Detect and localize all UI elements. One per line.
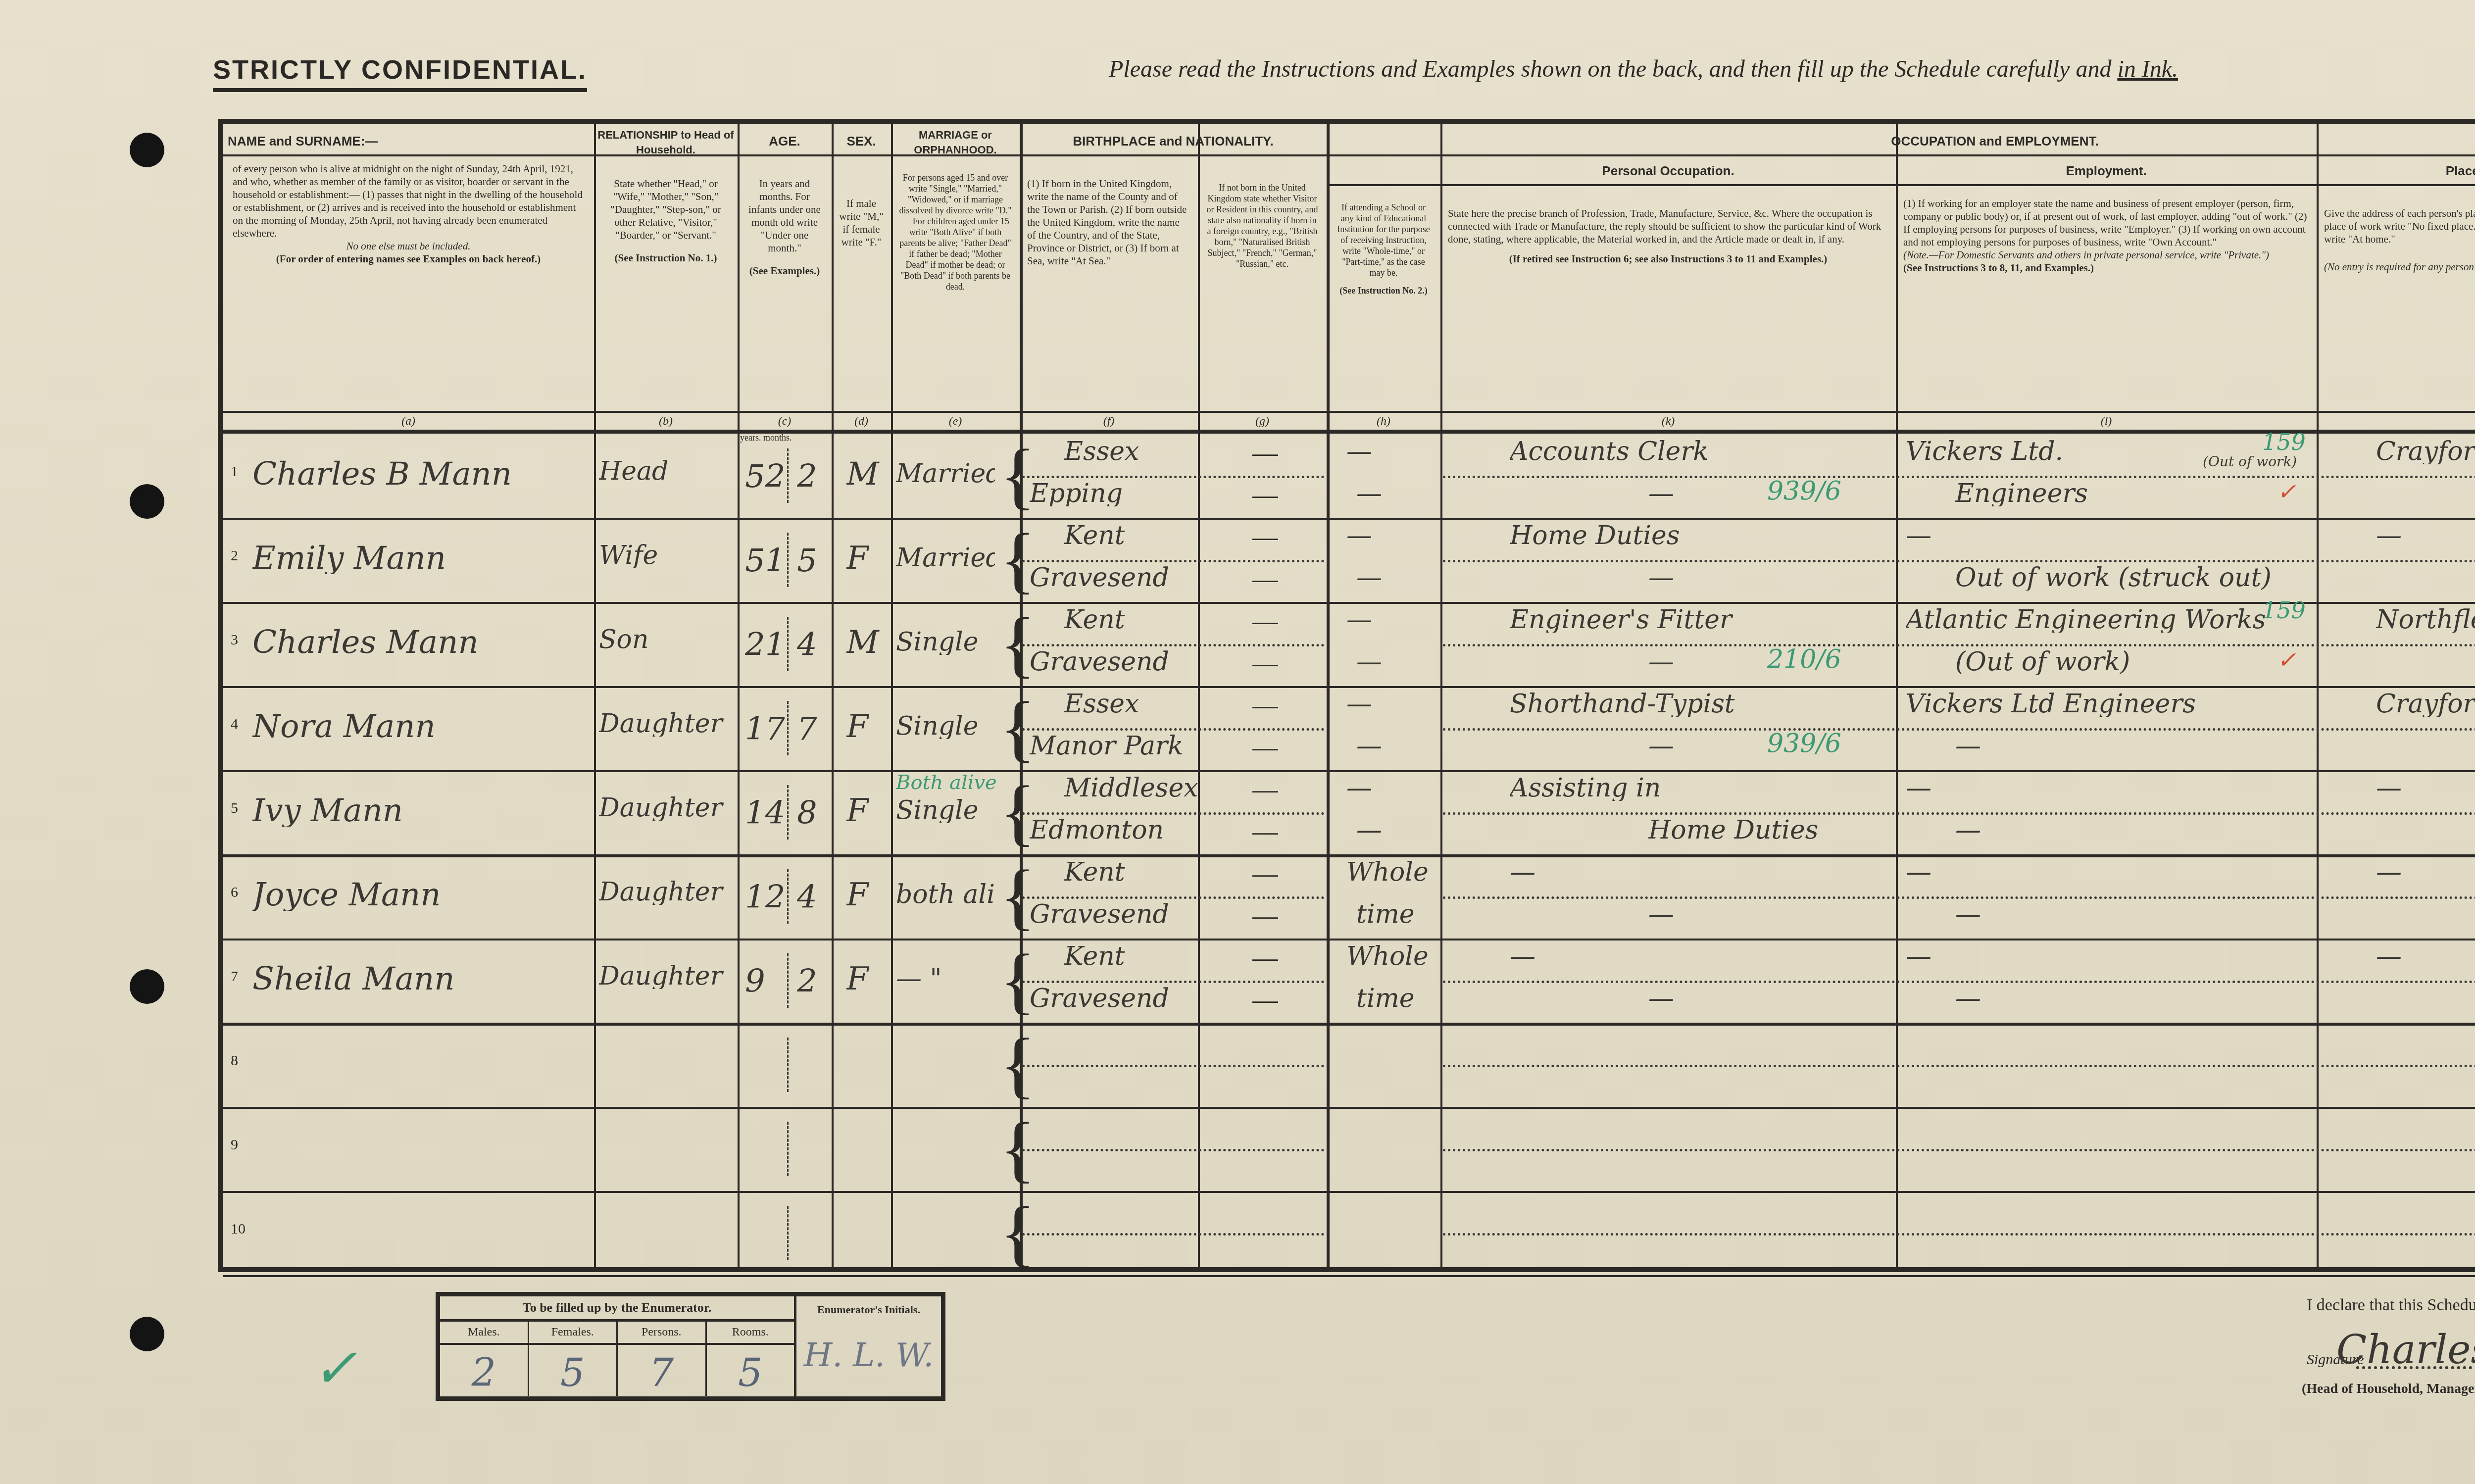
relationship: Daughter xyxy=(599,795,735,821)
sex: F xyxy=(846,879,886,911)
age-years: 51 xyxy=(745,545,785,577)
birth-county: Kent xyxy=(1064,859,1125,885)
col-e-instructions: For persons aged 15 and over write "Sing… xyxy=(893,168,1017,296)
school-attendance: Whole xyxy=(1346,859,1429,885)
col-f-instructions: (1) If born in the United Kingdom, write… xyxy=(1022,173,1195,271)
row-number: 8 xyxy=(231,1052,238,1069)
nationality: — xyxy=(1252,439,1278,468)
relationship: Son xyxy=(599,627,735,652)
females-count: 5 xyxy=(529,1345,617,1395)
nationality: — xyxy=(1252,775,1278,804)
person-name: Ivy Mann xyxy=(252,795,589,827)
confidential-heading: STRICTLY CONFIDENTIAL. xyxy=(213,54,587,92)
col-b-title: RELATIONSHIP to Head of Household. xyxy=(596,128,735,157)
age-years: 9 xyxy=(745,966,785,997)
enumerator-initials: H. L. W. xyxy=(796,1316,941,1374)
age-months: 4 xyxy=(797,629,827,661)
marital-status: both alive xyxy=(896,882,995,907)
nationality: — xyxy=(1252,943,1278,973)
col-e-title: MARRIAGE or ORPHANHOOD. xyxy=(893,128,1017,157)
col-l-instructions: (1) If working for an employer state the… xyxy=(1898,193,2314,278)
signature: Charles B. Mann xyxy=(2336,1327,2475,1373)
occupation-code: 210/6 xyxy=(1767,646,1841,672)
age-months: 8 xyxy=(797,797,827,829)
age-months: 7 xyxy=(797,713,827,745)
col-d-instructions: If male write "M," if female write "F." xyxy=(834,193,889,252)
age-years: 12 xyxy=(745,882,785,913)
personal-occupation: Assisting in xyxy=(1510,775,1891,801)
row-number: 5 xyxy=(231,800,238,817)
personal-occupation: Accounts Clerk xyxy=(1510,439,1891,464)
marital-status: Single xyxy=(896,797,995,823)
age-months: 2 xyxy=(797,966,827,997)
employment-code: 159 xyxy=(2262,429,2306,455)
marital-status: — " xyxy=(896,966,995,991)
personal-occupation: Home Duties xyxy=(1510,523,1891,548)
marital-status: Single xyxy=(896,713,995,739)
school-attendance: Whole xyxy=(1346,943,1429,969)
place-of-work: — xyxy=(2376,943,2402,969)
col-m-title: Place of Work. xyxy=(2319,163,2475,178)
row-number: 10 xyxy=(231,1221,246,1237)
occupation-code: 939/6 xyxy=(1767,731,1841,756)
employer: — xyxy=(1906,859,2282,885)
row-number: 3 xyxy=(231,632,238,648)
col-a-instructions: of every person who is alive at midnight… xyxy=(228,158,589,351)
birth-county: Middlesex xyxy=(1064,775,1198,801)
sex: F xyxy=(846,711,886,742)
relationship: Head xyxy=(599,458,735,484)
nationality: — xyxy=(1252,523,1278,552)
employment-note: (Out of work) xyxy=(2203,453,2297,470)
employer: — xyxy=(1906,775,2282,801)
employer: — xyxy=(1906,943,2282,969)
age-years: 21 xyxy=(745,629,785,661)
person-name: Emily Mann xyxy=(252,543,589,574)
birth-county: Kent xyxy=(1064,523,1125,548)
row-number: 2 xyxy=(231,547,238,564)
personal-occupation: — xyxy=(1510,859,1891,885)
birth-town: Edmonton xyxy=(1030,817,1164,843)
col-d-title: SEX. xyxy=(834,134,889,148)
place-of-work: Crayford xyxy=(2376,691,2475,717)
age-years: 14 xyxy=(745,797,785,829)
signature-note: (Head of Household, Manager of Establish… xyxy=(2302,1381,2475,1397)
declaration-text: I declare that this Schedule is correctl… xyxy=(2307,1296,2475,1315)
person-name: Charles B Mann xyxy=(252,458,589,490)
person-name: Charles Mann xyxy=(252,627,589,658)
birth-town: Gravesend xyxy=(1030,986,1169,1011)
col-a-title: NAME and SURNAME:— xyxy=(228,134,584,148)
birth-town: Epping xyxy=(1030,481,1123,506)
sex: F xyxy=(846,543,886,574)
fill-instructions: Please read the Instructions and Example… xyxy=(1109,55,2178,83)
col-b-instructions: State whether "Head," or "Wife," "Mother… xyxy=(596,173,735,268)
marital-status: Married xyxy=(896,545,995,571)
birth-town: Gravesend xyxy=(1030,565,1169,591)
marital-status: Single xyxy=(896,629,995,655)
males-count: 2 xyxy=(440,1345,528,1395)
enumerator-totals-box: To be filled up by the Enumerator. Males… xyxy=(436,1292,945,1401)
row-number: 7 xyxy=(231,968,238,985)
census-schedule-page: STRICTLY CONFIDENTIAL. Please read the I… xyxy=(0,0,2475,1484)
marital-status: Married xyxy=(896,461,995,487)
birth-town: Gravesend xyxy=(1030,649,1169,675)
birth-county: Kent xyxy=(1064,943,1125,969)
col-h-instructions: If attending a School or any kind of Edu… xyxy=(1329,198,1438,300)
relationship: Daughter xyxy=(599,711,735,737)
relationship: Daughter xyxy=(599,879,735,905)
employer: — xyxy=(1906,523,2282,548)
red-check-icon: ✓ xyxy=(2277,646,2296,673)
employer: Atlantic Engineering Works xyxy=(1906,607,2282,633)
col-c-title: AGE. xyxy=(740,134,829,148)
person-name: Sheila Mann xyxy=(252,963,589,995)
punch-hole xyxy=(130,133,164,167)
birth-town: Manor Park xyxy=(1030,733,1183,759)
col-c-instructions: In years and months. For infants under o… xyxy=(740,173,829,281)
school-attendance: — xyxy=(1346,775,1372,801)
occupation-code: 939/6 xyxy=(1767,478,1841,504)
school-attendance: — xyxy=(1346,439,1372,464)
row-number: 6 xyxy=(231,884,238,901)
nationality: — xyxy=(1252,691,1278,720)
rooms-count: 5 xyxy=(707,1345,794,1395)
sex: M xyxy=(846,627,886,658)
punch-hole xyxy=(130,484,164,519)
occupation-group-title: OCCUPATION and EMPLOYMENT. xyxy=(1329,134,2475,148)
birth-county: Essex xyxy=(1064,691,1139,717)
birth-county: Essex xyxy=(1064,439,1139,464)
birth-town: Gravesend xyxy=(1030,901,1169,927)
punch-hole xyxy=(130,969,164,1004)
sex: M xyxy=(846,458,886,490)
col-k-title: Personal Occupation. xyxy=(1443,163,1893,178)
person-name: Joyce Mann xyxy=(252,879,589,911)
employment-code: 159 xyxy=(2262,597,2306,624)
sex: F xyxy=(846,963,886,995)
personal-occupation: — xyxy=(1510,943,1891,969)
row-number: 4 xyxy=(231,716,238,733)
person-name: Nora Mann xyxy=(252,711,589,742)
row-number: 1 xyxy=(231,463,238,480)
age-months: 4 xyxy=(797,882,827,913)
personal-occupation: Shorthand-Typist xyxy=(1510,691,1891,717)
red-check-icon: ✓ xyxy=(2277,478,2296,505)
nationality: — xyxy=(1252,859,1278,889)
age-years: 52 xyxy=(745,461,785,493)
relationship: Wife xyxy=(599,543,735,568)
col-m-instructions: Give the address of each person's place … xyxy=(2319,203,2475,277)
school-attendance: — xyxy=(1346,691,1372,717)
age-months: 5 xyxy=(797,545,827,577)
place-of-work: Crayford xyxy=(2376,439,2475,464)
place-of-work: — xyxy=(2376,859,2402,885)
row-number: 9 xyxy=(231,1137,238,1153)
place-of-work: — xyxy=(2376,523,2402,548)
relationship: Daughter xyxy=(599,963,735,989)
sex: F xyxy=(846,795,886,827)
age-years: 17 xyxy=(745,713,785,745)
employer: Vickers Ltd Engineers xyxy=(1906,691,2282,717)
place-of-work: Northfleet xyxy=(2376,607,2475,633)
punch-hole xyxy=(130,1317,164,1351)
nationality: — xyxy=(1252,607,1278,636)
check-mark: ✓ xyxy=(312,1336,357,1400)
marital-status-correction: Both alive xyxy=(896,773,1015,792)
col-k-instructions: State here the precise branch of Profess… xyxy=(1443,203,1893,269)
col-l-title: Employment. xyxy=(1898,163,2314,178)
persons-count: 7 xyxy=(618,1345,705,1395)
school-attendance: — xyxy=(1346,607,1372,633)
birthplace-group-title: BIRTHPLACE and NATIONALITY. xyxy=(1022,134,1324,148)
birth-county: Kent xyxy=(1064,607,1125,633)
place-of-work: — xyxy=(2376,775,2402,801)
age-months: 2 xyxy=(797,461,827,493)
school-attendance: — xyxy=(1346,523,1372,548)
household-table: NAME and SURNAME:— RELATIONSHIP to Head … xyxy=(218,119,2475,1272)
age-subheaders: years. months. xyxy=(740,433,829,443)
personal-occupation: Engineer's Fitter xyxy=(1510,607,1891,633)
col-g-instructions: If not born in the United Kingdom state … xyxy=(1200,178,1324,273)
